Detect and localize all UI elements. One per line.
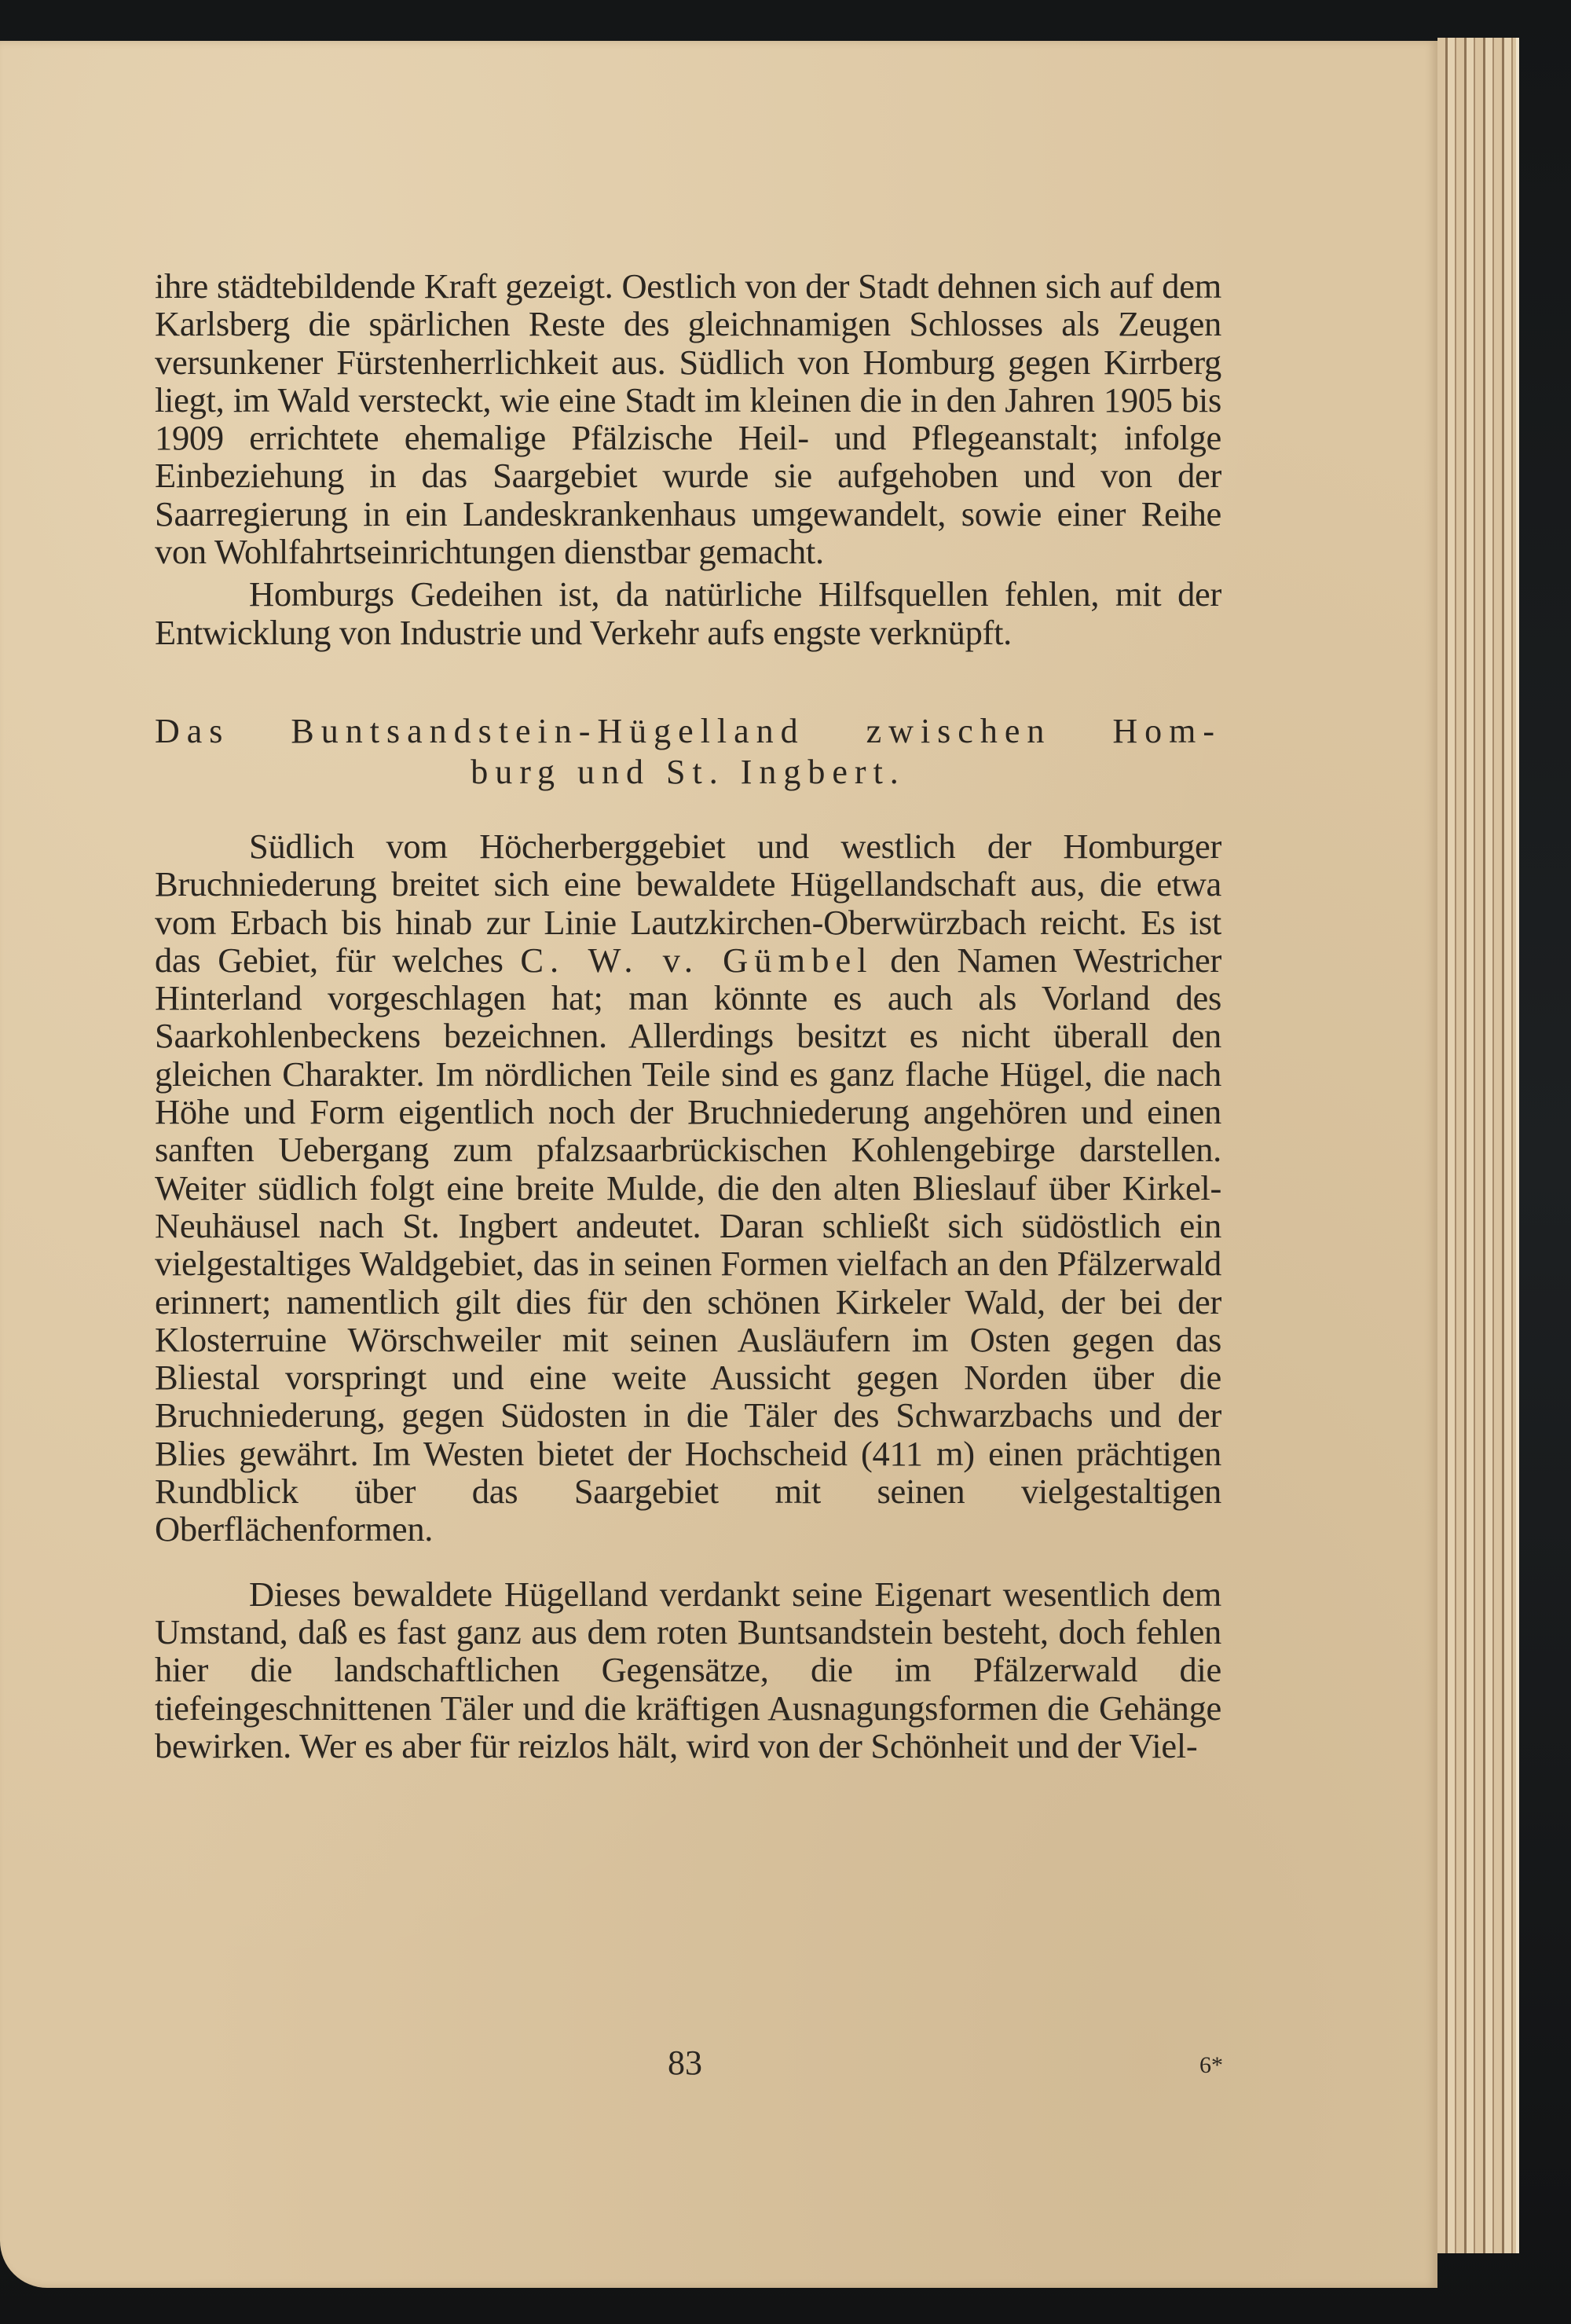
author-name: C. W. v. Gümbel [520,940,873,980]
signature-mark: 6* [1199,2052,1223,2079]
page-edges [1437,38,1519,2253]
paragraph-section-2: Dieses bewaldete Hügelland verdankt sein… [155,1575,1221,1765]
paragraph-intro-2: Homburgs Gedeihen ist, da natürliche Hil… [155,575,1221,651]
paragraph-section-1: Südlich vom Höcherberggebiet und westlic… [155,827,1221,1549]
paragraph-section-1-part-b: den Namen Westricher Hinterland vorgesch… [155,940,1221,1549]
section-heading-line-1: Das Buntsandstein-Hügelland zwischen Hom… [155,711,1221,752]
paragraph-intro-1: ihre städtebildende Kraft gezeigt. Oestl… [155,267,1221,570]
section-heading: Das Buntsandstein-Hügelland zwischen Hom… [155,711,1221,793]
section-heading-line-2: burg und St. Ingbert. [155,752,1221,793]
page-number: 83 [668,2043,702,2083]
page-text-block: ihre städtebildende Kraft gezeigt. Oestl… [155,267,1221,1765]
